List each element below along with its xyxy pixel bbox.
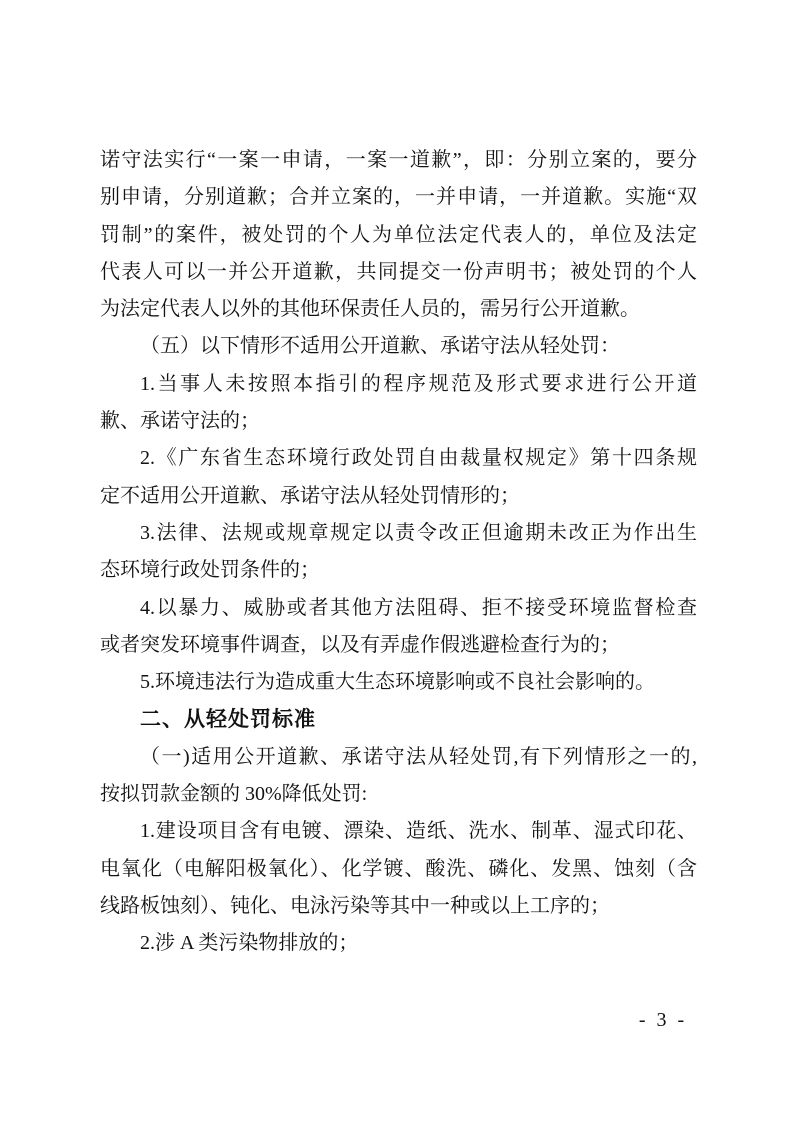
- text-line: 为法定代表人以外的其他环保责任人员的，需另行公开道歉。: [100, 291, 697, 328]
- text-line: 按拟罚款金额的 30%降低处罚:: [100, 776, 697, 813]
- page-number: - 3 -: [628, 1006, 698, 1034]
- text-line: 别申请，分别道歉；合并立案的，一并申请，一并道歉。实施“双: [100, 179, 697, 216]
- text-line: 1.当事人未按照本指引的程序规范及形式要求进行公开道: [100, 366, 697, 403]
- document-page: 诺守法实行“一案一申请，一案一道歉”，即：分别立案的，要分别申请，分别道歉；合并…: [0, 0, 794, 1123]
- text-line: 线路板蚀刻）、钝化、电泳污染等其中一种或以上工序的；: [100, 888, 697, 925]
- text-line: 4.以暴力、威胁或者其他方法阻碍、拒不接受环境监督检查: [100, 590, 697, 627]
- text-line: 2.涉 A 类污染物排放的；: [100, 925, 697, 962]
- text-line: 5.环境违法行为造成重大生态环境影响或不良社会影响的。: [100, 664, 697, 701]
- text-line: 1.建设项目含有电镀、漂染、造纸、洗水、制革、湿式印花、: [100, 813, 697, 850]
- text-line: 3.法律、法规或规章规定以责令改正但逾期未改正为作出生: [100, 515, 697, 552]
- text-line: 罚制”的案件，被处罚的个人为单位法定代表人的，单位及法定: [100, 217, 697, 254]
- text-line: 电氧化（电解阳极氧化）、化学镀、酸洗、磷化、发黑、蚀刻（含: [100, 851, 697, 888]
- text-line: 定不适用公开道歉、承诺守法从轻处罚情形的；: [100, 478, 697, 515]
- text-line: 歉、承诺守法的；: [100, 403, 697, 440]
- section-heading: 二、从轻处罚标准: [100, 701, 697, 738]
- text-line: （五）以下情形不适用公开道歉、承诺守法从轻处罚：: [100, 328, 697, 365]
- text-line: 诺守法实行“一案一申请，一案一道歉”，即：分别立案的，要分: [100, 142, 697, 179]
- text-line: （一)适用公开道歉、承诺守法从轻处罚,有下列情形之一的,: [100, 739, 697, 776]
- text-line: 或者突发环境事件调查，以及有弄虚作假逃避检查行为的；: [100, 627, 697, 664]
- text-line: 代表人可以一并公开道歉，共同提交一份声明书；被处罚的个人: [100, 254, 697, 291]
- text-line: 2.《广东省生态环境行政处罚自由裁量权规定》第十四条规: [100, 440, 697, 477]
- document-body: 诺守法实行“一案一申请，一案一道歉”，即：分别立案的，要分别申请，分别道歉；合并…: [100, 142, 697, 963]
- text-line: 态环境行政处罚条件的；: [100, 552, 697, 589]
